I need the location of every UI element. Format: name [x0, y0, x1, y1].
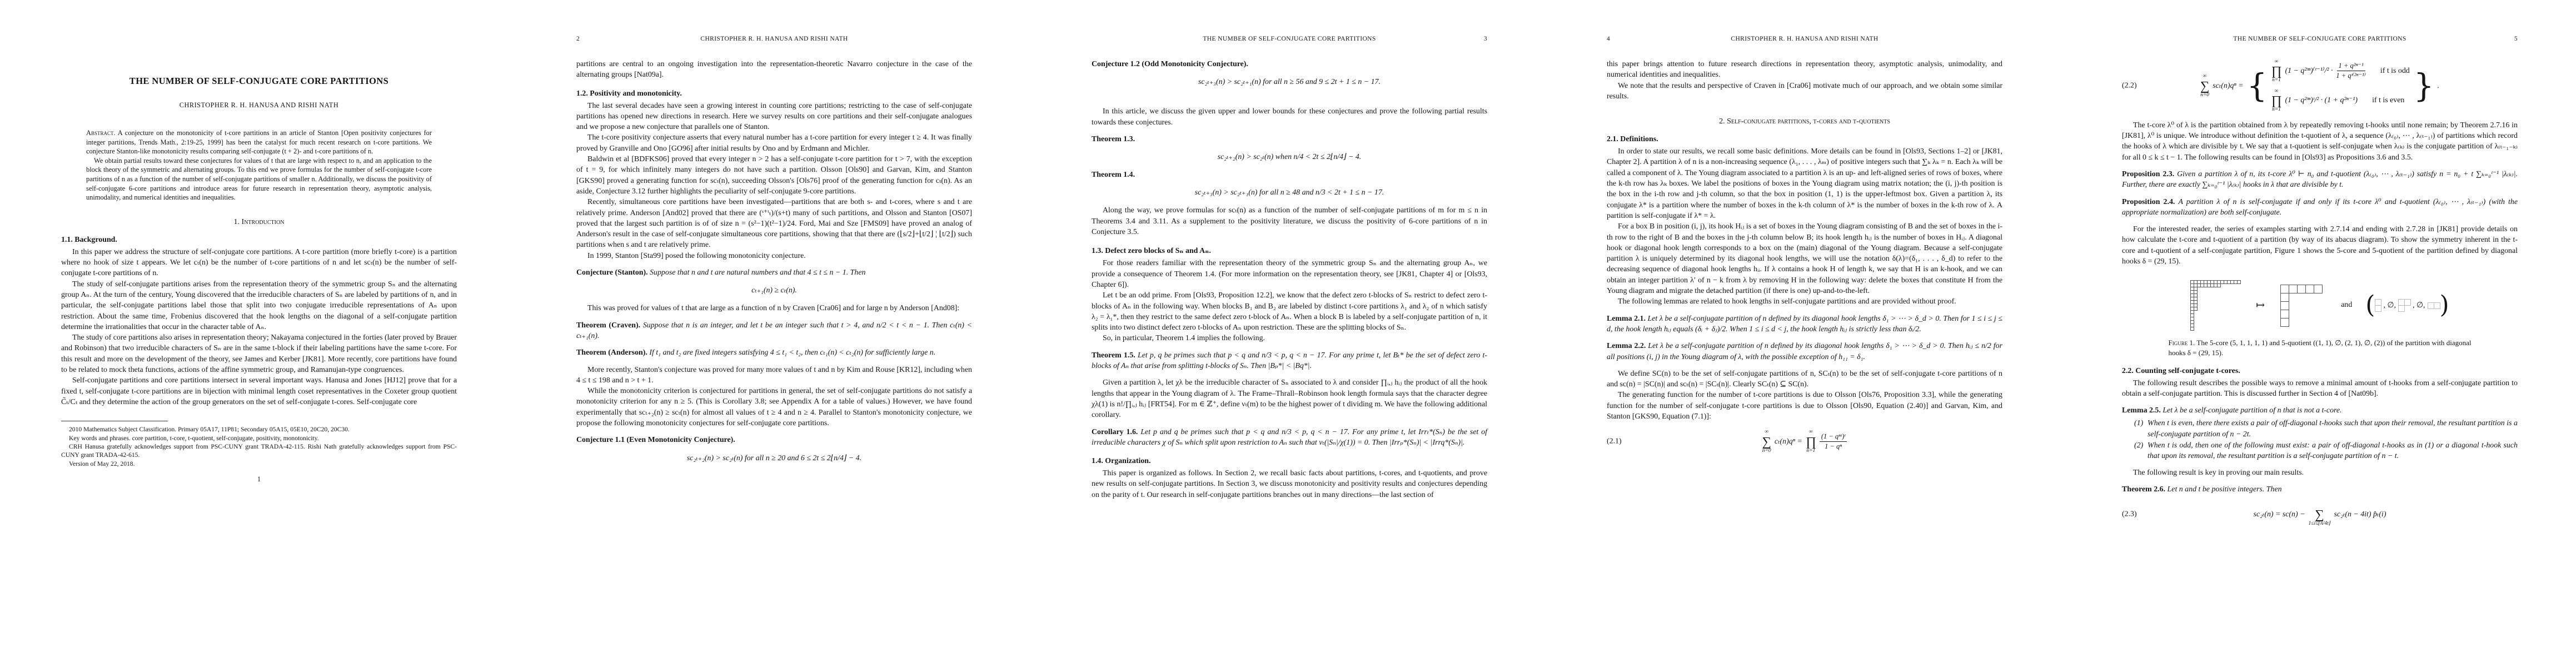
paragraph: Self-conjugate partitions and core parti…	[61, 375, 457, 407]
running-header-title: CHRISTOPHER R. H. HANUSA AND RISHI NATH	[1731, 36, 1878, 42]
list-item-number: (1)	[2134, 418, 2143, 429]
subsection-heading-counting: 2.2. Counting self-conjugate t-cores.	[2122, 367, 2518, 376]
running-header-title: CHRISTOPHER R. H. HANUSA AND RISHI NATH	[700, 36, 848, 42]
running-header-title: THE NUMBER OF SELF-CONJUGATE CORE PARTIT…	[1203, 36, 1376, 42]
list-item: (1)When t is even, there there exists a …	[2122, 418, 2518, 440]
page-5: THE NUMBER OF SELF-CONJUGATE CORE PARTIT…	[2061, 0, 2576, 667]
close-paren: )	[2440, 293, 2449, 317]
corollary-1-6: Corollary 1.6. Let p and q be primes suc…	[1092, 427, 1487, 449]
footnote: CRH Hanusa gratefully acknowledges suppo…	[61, 442, 457, 460]
theorem-label: Proposition 2.3.	[2122, 170, 2174, 178]
theorem-label: Conjecture (Stanton).	[576, 268, 648, 277]
abstract-text: A conjecture on the monotonicity of t-co…	[86, 129, 432, 155]
paper-title: THE NUMBER OF SELF-CONJUGATE CORE PARTIT…	[61, 76, 457, 87]
running-header: THE NUMBER OF SELF-CONJUGATE CORE PARTIT…	[2122, 36, 2518, 42]
paragraph: Let t be an odd prime. From [Ols93, Prop…	[1092, 290, 1487, 333]
theorem-conjecture-stanton: Conjecture (Stanton). Suppose that n and…	[576, 267, 972, 278]
list-item-number: (2)	[2134, 440, 2143, 451]
theorem-label: Lemma 2.1.	[1607, 315, 1646, 323]
paragraph: The generating function for the number o…	[1607, 390, 2002, 422]
theorem-label: Conjecture 1.1 (Even Monotonicity Conjec…	[576, 436, 735, 444]
theorem-label: Corollary 1.6.	[1092, 428, 1138, 436]
paragraph: Baldwin et al [BDFKS06] proved that ever…	[576, 154, 972, 197]
subsection-heading-background: 1.1. Background.	[61, 236, 457, 245]
running-header: 2 CHRISTOPHER R. H. HANUSA AND RISHI NAT…	[576, 36, 972, 42]
paragraph: For the interested reader, the series of…	[2122, 224, 2518, 267]
theorem-1-4: Theorem 1.4.	[1092, 170, 1487, 180]
paragraph: Recently, simultaneous core partitions h…	[576, 197, 972, 250]
running-header-title: THE NUMBER OF SELF-CONJUGATE CORE PARTIT…	[2233, 36, 2406, 42]
paragraph: For those readers familiar with the repr…	[1092, 258, 1487, 290]
paragraph: In this article, we discuss the given up…	[1092, 106, 1487, 128]
theorem-label: Theorem 1.5.	[1092, 351, 1135, 360]
theorem-label: Lemma 2.5.	[2122, 406, 2161, 415]
young-diagram-quotient-3	[2428, 302, 2440, 308]
paragraph: In 1999, Stanton [Sta99] posed the follo…	[576, 251, 972, 261]
paragraph: partitions are central to an ongoing inv…	[576, 59, 972, 81]
page-number: 1	[61, 475, 457, 484]
paragraph: this paper brings attention to future re…	[1607, 59, 2002, 81]
subsection-heading-positivity: 1.2. Positivity and monotonicity.	[576, 89, 972, 98]
theorem-text: A partition λ of n is self-conjugate if …	[2122, 198, 2518, 217]
figure-separator: , ∅,	[2413, 301, 2425, 310]
theorem-label: Lemma 2.2.	[1607, 342, 1646, 350]
equation-2-1: (2.1)∞∑n=0cₜ(n)qⁿ =∞∏n=1(1 − qⁿᵗ)ᵗ1 − qⁿ	[1607, 429, 2002, 454]
display-equation: sc₂ₜ₊₃(n) > sc₂ₜ₊₁(n) for all n ≥ 56 and…	[1092, 77, 1487, 87]
theorem-text: Let p, q be primes such that p < q and n…	[1092, 351, 1487, 370]
figure-and-text: and	[2341, 301, 2352, 310]
paragraph: The study of self-conjugate partitions a…	[61, 279, 457, 332]
display-equation: cₜ₊₁(n) ≥ cₜ(n).	[576, 285, 972, 296]
footnote: 2010 Mathematics Subject Classification.…	[61, 425, 457, 434]
subsection-heading-defect-zero: 1.3. Defect zero blocks of Sₙ and Aₙ.	[1092, 246, 1487, 256]
paragraph: In order to state our results, we recall…	[1607, 146, 2002, 221]
proposition-2-3: Proposition 2.3. Given a partition λ of …	[2122, 169, 2518, 191]
figure-caption: Figure 1. The 5-core (5, 1, 1, 1, 1) and…	[2169, 338, 2472, 357]
theorem-label: Conjecture 1.2 (Odd Monotonicity Conject…	[1092, 60, 1248, 68]
theorem-text: Let λ be a self-conjugate partition of n…	[1607, 342, 2002, 361]
running-header: THE NUMBER OF SELF-CONJUGATE CORE PARTIT…	[1092, 36, 1487, 42]
theorem-label: Theorem 1.3.	[1092, 135, 1135, 143]
paragraph: Along the way, we prove formulas for scₜ…	[1092, 205, 1487, 237]
young-diagram-5core	[2280, 285, 2322, 326]
running-header: 4 CHRISTOPHER R. H. HANUSA AND RISHI NAT…	[1607, 36, 2002, 42]
paragraph: The following result describes the possi…	[2122, 378, 2518, 400]
conjecture-1-1: Conjecture 1.1 (Even Monotonicity Conjec…	[576, 435, 972, 445]
page-number: 3	[1484, 36, 1487, 42]
list-item-text: When t is even, there there exists a pai…	[2148, 419, 2518, 438]
footnote-rule	[61, 421, 168, 421]
footnote: Version of May 22, 2018.	[61, 460, 457, 468]
abstract: Abstract. A conjecture on the monotonici…	[86, 128, 432, 202]
theorem-text: Let λ be a self-conjugate partition of n…	[1607, 315, 2002, 333]
paragraph: In this paper we address the structure o…	[61, 247, 457, 279]
subsection-heading-definitions: 2.1. Definitions.	[1607, 135, 2002, 144]
theorem-text: Suppose that n and t are natural numbers…	[650, 268, 865, 277]
theorem-label: Theorem (Anderson).	[576, 349, 647, 357]
theorem-text: Let n and t be positive integers. Then	[2168, 485, 2282, 494]
theorem-craven: Theorem (Craven). Suppose that n is an i…	[576, 320, 972, 342]
theorem-anderson: Theorem (Anderson). If t₁ and t₂ are fix…	[576, 347, 972, 358]
conjecture-1-2: Conjecture 1.2 (Odd Monotonicity Conject…	[1092, 59, 1487, 69]
paragraph: We define SC(n) to be the set of self-co…	[1607, 369, 2002, 390]
theorem-text: If t₁ and t₂ are fixed integers satisfyi…	[649, 349, 935, 357]
theorem-text: Let λ be a self-conjugate partition of n…	[2163, 406, 2341, 415]
footnote: Key words and phrases. core partition, t…	[61, 434, 457, 442]
paragraph: This was proved for values of t that are…	[576, 303, 972, 313]
paragraph: More recently, Stanton's conjecture was …	[576, 365, 972, 386]
theorem-label: Proposition 2.4.	[2122, 198, 2175, 206]
young-diagram-lambda	[2190, 280, 2240, 330]
section-heading-introduction: 1. Introduction	[61, 218, 457, 227]
display-equation: sc₂ₜ₊₃(n) > sc₂ₜ₊₁(n) for all n ≥ 48 and…	[1092, 187, 1487, 198]
theorem-label: Theorem 2.6.	[2122, 485, 2165, 494]
page-1: THE NUMBER OF SELF-CONJUGATE CORE PARTIT…	[0, 0, 515, 667]
theorem-1-5: Theorem 1.5. Let p, q be primes such tha…	[1092, 350, 1487, 372]
page-number: 2	[576, 36, 580, 42]
subsection-heading-organization: 1.4. Organization.	[1092, 457, 1487, 466]
paper-canvas: arXiv:1201.6629v2 [math.NT] 12 Oct 2012 …	[0, 0, 2576, 667]
list-item-text: When t is odd, then one of the following…	[2148, 441, 2518, 460]
display-equation: sc₂ₜ₊₂(n) > sc₂ₜ(n) when n/4 < 2t ≤ 2⌊n/…	[1092, 152, 1487, 162]
paragraph: While the monotonicity criterion is conj…	[576, 386, 972, 429]
display-equation: sc₂ₜ₊₂(n) > sc₂ₜ(n) for all n ≥ 20 and 6…	[576, 453, 972, 464]
paragraph: The last several decades have seen a gro…	[576, 101, 972, 133]
paragraph: The following lemmas are related to hook…	[1607, 296, 2002, 307]
paragraph: The t-core positivity conjecture asserts…	[576, 132, 972, 154]
page-3: THE NUMBER OF SELF-CONJUGATE CORE PARTIT…	[1030, 0, 1546, 667]
page-number: 4	[1607, 36, 1610, 42]
equation-2-3: (2.3)sc₂ₜ(n) = sc(n) − ∑1≤i≤⌊n/4t⌋sc₂ₜ(n…	[2122, 502, 2518, 526]
proposition-2-4: Proposition 2.4. A partition λ of n is s…	[2122, 197, 2518, 218]
open-paren: (	[2365, 293, 2375, 317]
abstract-paragraph: Abstract. A conjecture on the monotonici…	[86, 128, 432, 156]
theorem-label: Theorem 1.4.	[1092, 171, 1135, 179]
lemma-2-5: Lemma 2.5. Let λ be a self-conjugate par…	[2122, 405, 2518, 416]
theorem-1-3: Theorem 1.3.	[1092, 134, 1487, 145]
theorem-text: Let p and q be primes such that p < q an…	[1092, 428, 1487, 447]
page-4: 4 CHRISTOPHER R. H. HANUSA AND RISHI NAT…	[1546, 0, 2061, 667]
paragraph: This paper is organized as follows. In S…	[1092, 468, 1487, 500]
figure-separator: , ∅,	[2383, 301, 2396, 310]
equation-2-2: (2.2)∞∑n=0scₜ(n)qⁿ ={∞∏n=1(1 − q²ᵗⁿ)⁽ᵗ⁻¹…	[2122, 59, 2518, 113]
paragraph: For a box B in position (i, j), its hook…	[1607, 221, 2002, 296]
paragraph: We note that the results and perspective…	[1607, 81, 2002, 102]
young-diagram-quotient-1	[2375, 299, 2381, 311]
page-number: 5	[2514, 36, 2518, 42]
lemma-2-2: Lemma 2.2. Let λ be a self-conjugate par…	[1607, 341, 2002, 362]
figure-caption-text: The 5-core (5, 1, 1, 1, 1) and 5-quotien…	[2169, 339, 2472, 357]
theorem-text: Given a partition λ of n, its t-core λ⁰ …	[2122, 170, 2518, 189]
lemma-2-1: Lemma 2.1. Let λ be a self-conjugate par…	[1607, 313, 2002, 335]
theorem-label: Theorem (Craven).	[576, 321, 640, 330]
paragraph: The study of core partitions also arises…	[61, 332, 457, 375]
page-2: 2 CHRISTOPHER R. H. HANUSA AND RISHI NAT…	[515, 0, 1030, 667]
paragraph: The t-core λ⁰ of λ is the partition obta…	[2122, 120, 2518, 163]
abstract-paragraph: We obtain partial results toward these c…	[86, 156, 432, 202]
paragraph: The following result is key in proving o…	[2122, 467, 2518, 478]
young-diagram-quotient-2	[2398, 299, 2410, 311]
figure-caption-label: Figure 1.	[2169, 339, 2195, 347]
list-item: (2)When t is odd, then one of the follow…	[2122, 440, 2518, 462]
paragraph: Given a partition λ, let χλ be the irred…	[1092, 377, 1487, 420]
maps-to-arrow-icon: ↦	[2256, 299, 2265, 312]
section-heading-self-conjugate: 2. Self-conjugate partitions, t-cores an…	[1607, 117, 2002, 126]
theorem-2-6: Theorem 2.6. Let n and t be positive int…	[2122, 484, 2518, 495]
authors: CHRISTOPHER R. H. HANUSA AND RISHI NATH	[61, 101, 457, 109]
abstract-label: Abstract.	[86, 129, 116, 137]
figure-1: ↦ and ( , ∅, , ∅, )	[2122, 280, 2518, 330]
paragraph: So, in particular, Theorem 1.4 implies t…	[1092, 333, 1487, 344]
